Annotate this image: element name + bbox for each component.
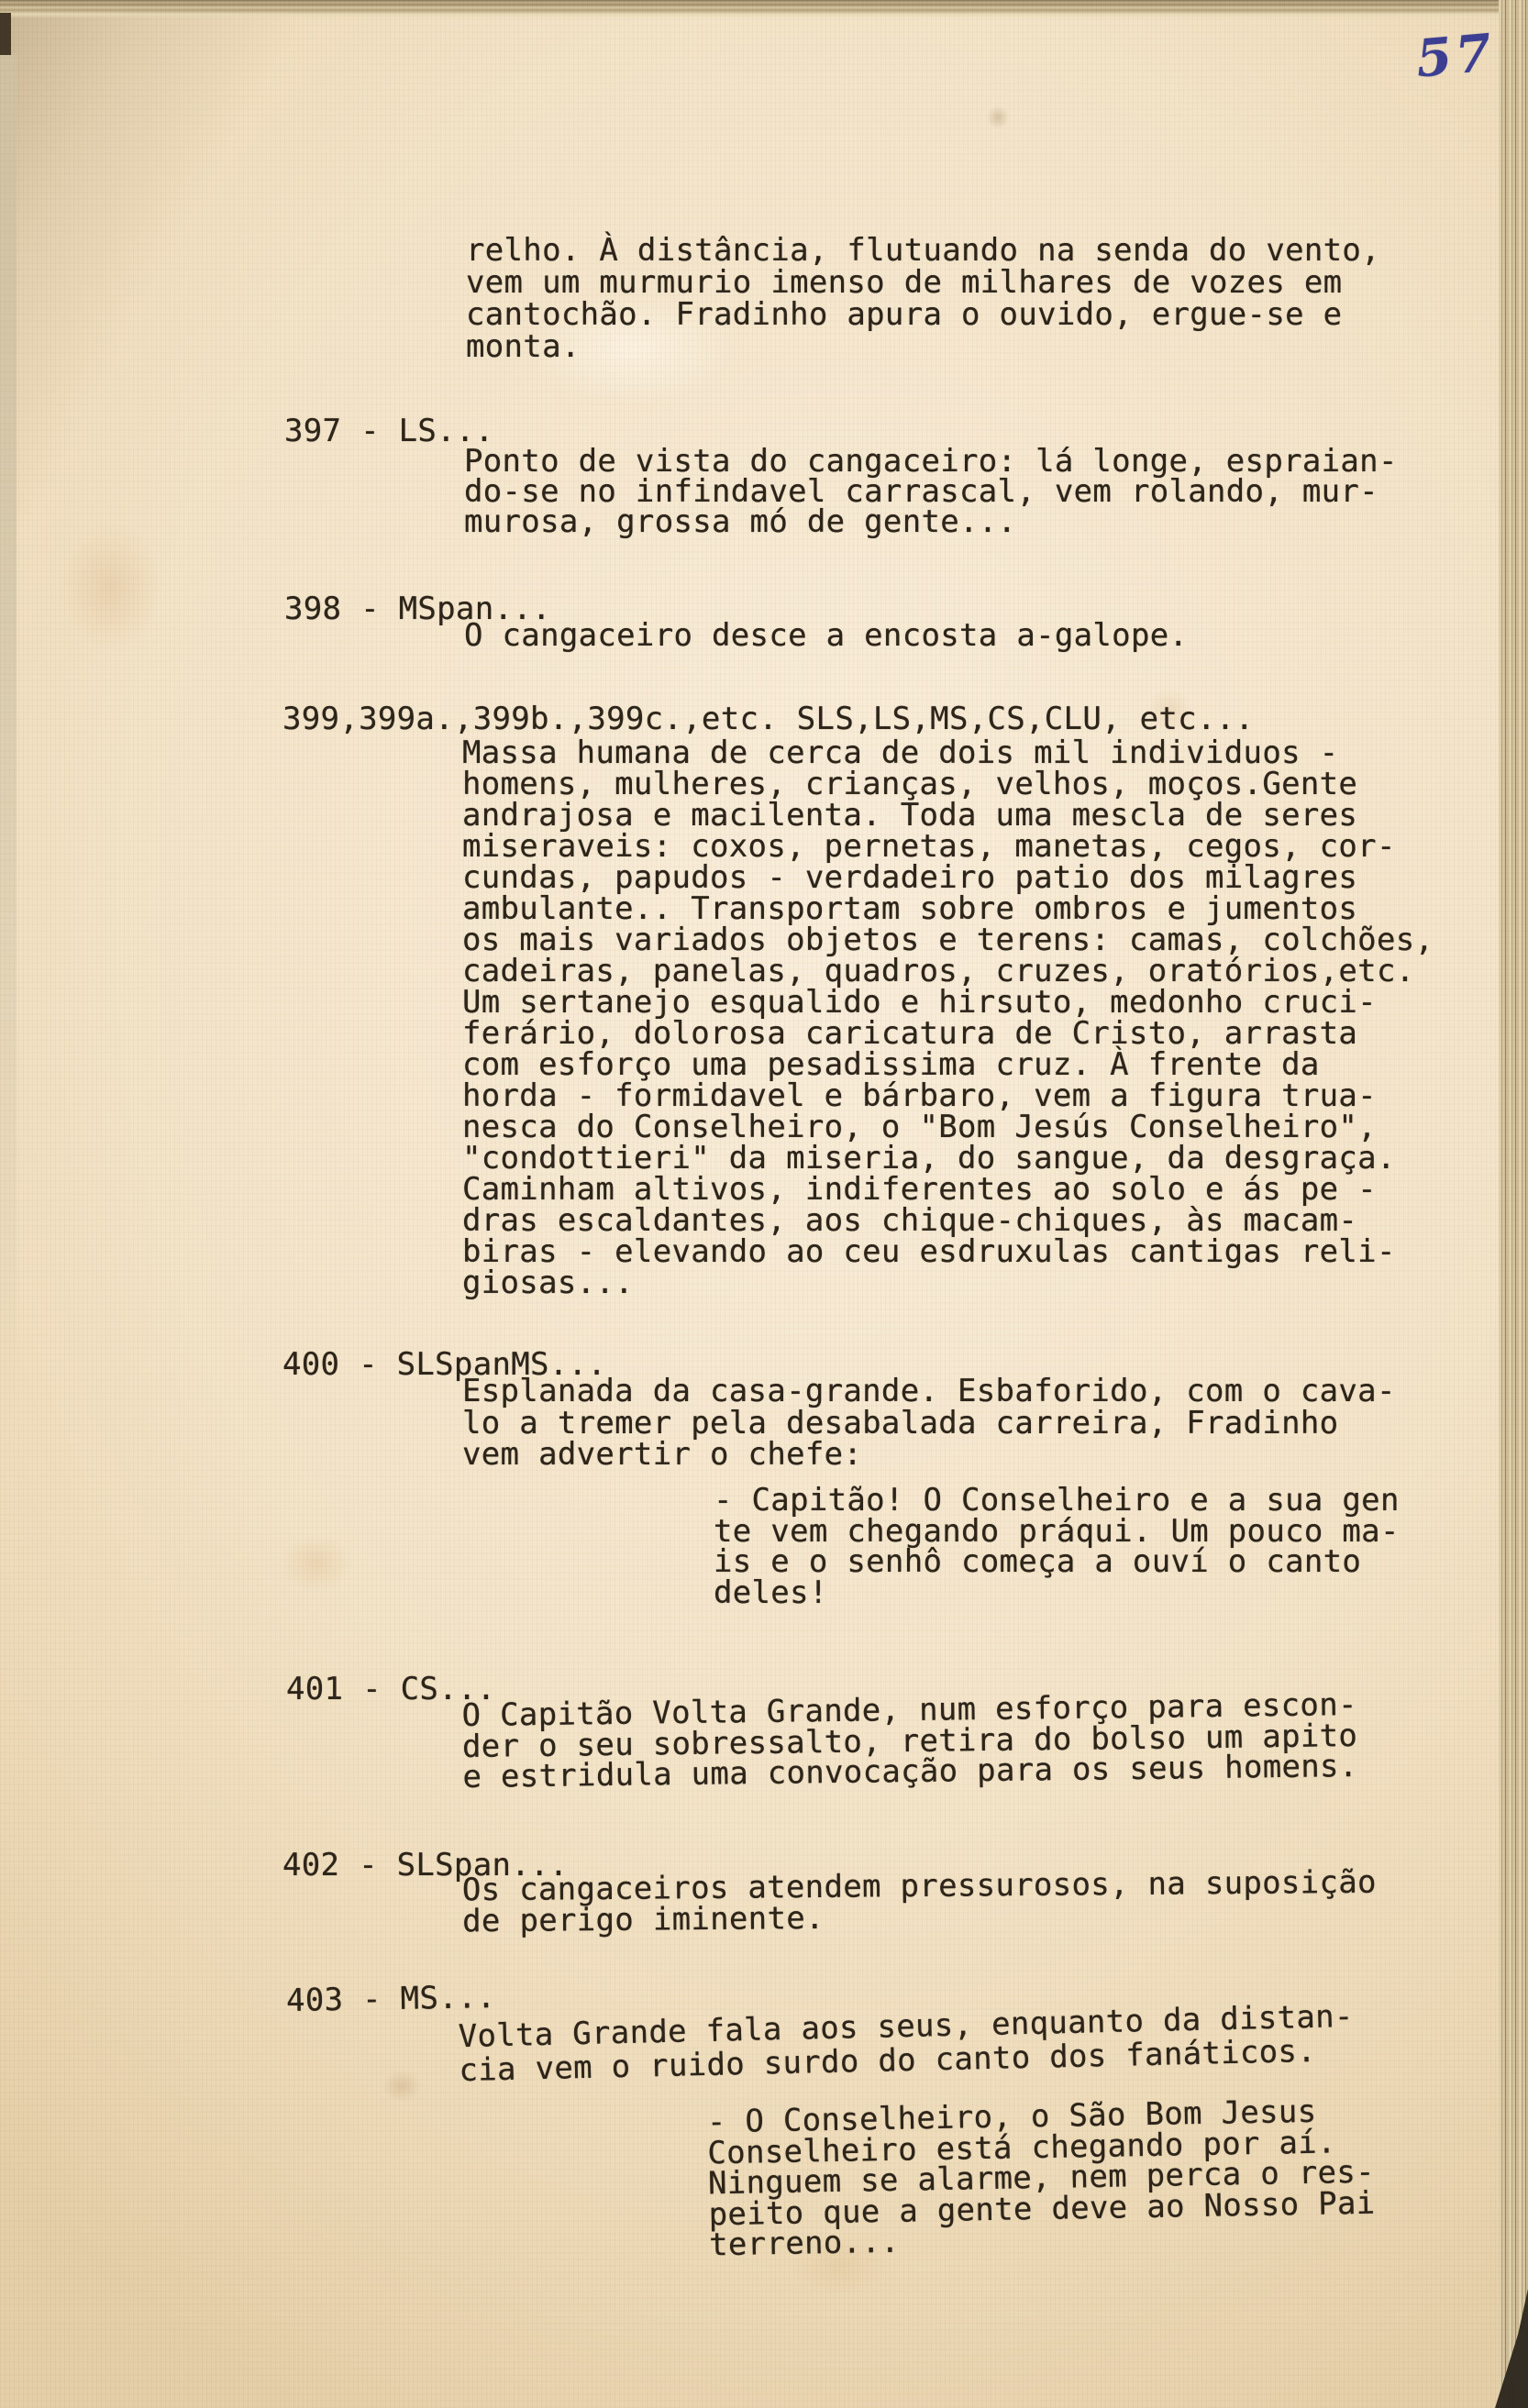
text-line: os mais variados objetos e terens: camas…: [462, 924, 1434, 955]
scene-heading-403: 403 - MS...: [286, 1979, 496, 2019]
text-line: cundas, papudos - verdadeiro patio dos m…: [462, 862, 1434, 893]
paper-stain: [374, 2063, 429, 2109]
text-line: Caminham altivos, indiferentes ao solo e…: [462, 1174, 1434, 1205]
page-stack-right-edge: [1499, 0, 1528, 2408]
text-line: dras escaldantes, aos chique-chiques, às…: [462, 1205, 1434, 1236]
scene-action-401: O Capitão Volta Grande, num esforço para…: [461, 1690, 1357, 1793]
scene-dialogue-400: - Capitão! O Conselheiro e a sua gente v…: [714, 1486, 1400, 1608]
text-line: nesca do Conselheiro, o "Bom Jesús Conse…: [462, 1111, 1434, 1143]
text-line: O cangaceiro desce a encosta a-galope.: [464, 620, 1188, 651]
text-line: giosas...: [462, 1267, 1434, 1298]
paper-stain: [981, 101, 1014, 134]
text-line: vem advertir o chefe:: [462, 1439, 1396, 1471]
text-line: te vem chegando práqui. Um pouco ma-: [714, 1517, 1400, 1548]
text-line: horda - formidavel e bárbaro, vem a figu…: [462, 1080, 1434, 1111]
text-line: Os cangaceiros atendem pressurosos, na s…: [462, 1867, 1377, 1906]
scene-action-400: Esplanada da casa-grande. Esbaforido, co…: [462, 1375, 1396, 1471]
text-line: andrajosa e macilenta. Toda uma mescla d…: [462, 800, 1434, 831]
text-line: com esforço uma pesadissima cruz. À fren…: [462, 1049, 1434, 1080]
text-line: lo a tremer pela desabalada carreira, Fr…: [462, 1408, 1396, 1440]
paper-stain: [37, 495, 183, 679]
scene-action-398: O cangaceiro desce a encosta a-galope.: [464, 620, 1188, 651]
text-line: biras - elevando ao ceu esdruxulas canti…: [462, 1236, 1434, 1267]
text-line: cantochão. Fradinho apura o ouvido, ergu…: [466, 299, 1380, 331]
text-line: ferário, dolorosa caricatura de Cristo, …: [462, 1018, 1434, 1049]
text-line: Esplanada da casa-grande. Esbaforido, co…: [462, 1375, 1396, 1408]
text-line: ambulante.. Transportam sobre ombros e j…: [462, 893, 1434, 924]
text-line: homens, mulheres, crianças, velhos, moço…: [462, 768, 1434, 800]
scanned-screenplay-page: 57 relho. À distância, flutuando na send…: [0, 0, 1528, 2408]
scene-action-402: Os cangaceiros atendem pressurosos, na s…: [462, 1867, 1378, 1938]
handwritten-page-number: 57: [1413, 22, 1497, 89]
text-line: deles!: [714, 1578, 1400, 1609]
text-line: relho. À distância, flutuando na senda d…: [466, 235, 1380, 267]
text-line: vem um murmurio imenso de milhares de vo…: [466, 267, 1380, 299]
scene-heading-397: 397 - LS...: [284, 413, 493, 449]
text-line: is e o senhô começa a ouví o canto: [714, 1547, 1400, 1578]
intro-paragraph: relho. À distância, flutuando na senda d…: [466, 235, 1380, 363]
text-line: miseraveis: coxos, pernetas, manetas, ce…: [462, 831, 1434, 862]
text-line: murosa, grossa mó de gente...: [464, 507, 1398, 537]
text-line: monta.: [466, 331, 1380, 363]
scene-dialogue-403: - O Conselheiro, o São Bom JesusConselhe…: [707, 2096, 1377, 2261]
scene-heading-399: 399,399a.,399b.,399c.,etc. SLS,LS,MS,CS,…: [282, 701, 1254, 737]
text-line: cadeiras, panelas, quadros, cruzes, orat…: [462, 955, 1434, 987]
scene-action-403: Volta Grande fala aos seus, enquanto da …: [458, 2000, 1355, 2088]
page-left-edge: [0, 55, 17, 1430]
paper-stain: [266, 1522, 367, 1605]
text-line: Um sertanejo esqualido e hirsuto, medonh…: [462, 987, 1434, 1018]
text-line: "condottieri" da miseria, do sangue, da …: [462, 1143, 1434, 1174]
text-line: e estridula uma convocação para os seus …: [462, 1751, 1358, 1793]
scene-action-399: Massa humana de cerca de dois mil indivi…: [462, 737, 1434, 1298]
page-stack-top-edge: [0, 0, 1528, 18]
text-line: Massa humana de cerca de dois mil indivi…: [462, 737, 1434, 768]
scene-action-397: Ponto de vista do cangaceiro: lá longe, …: [464, 447, 1398, 537]
text-line: - Capitão! O Conselheiro e a sua gen: [714, 1486, 1400, 1517]
